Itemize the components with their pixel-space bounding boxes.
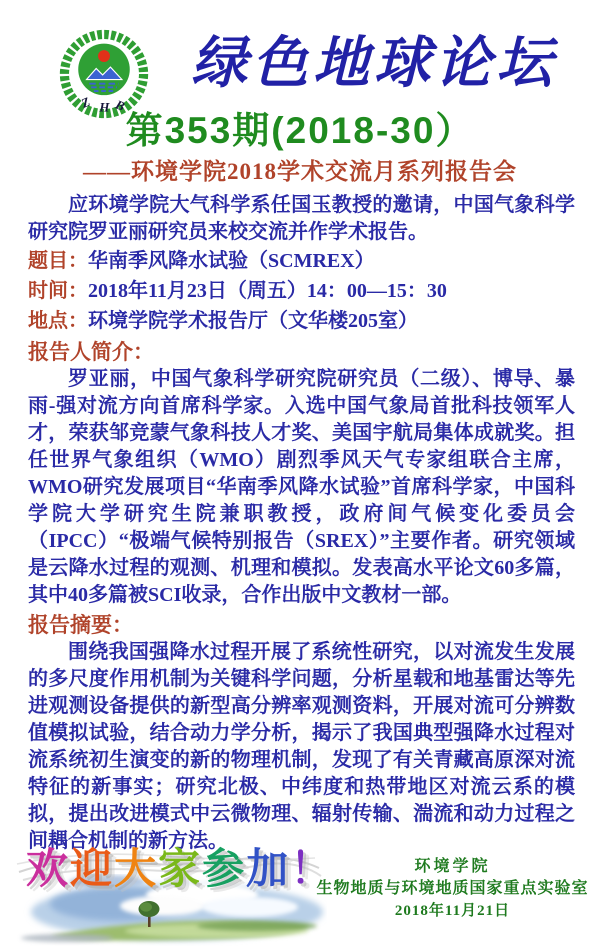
welcome-char: 参 <box>202 847 246 893</box>
abstract-heading: 报告摘要： <box>28 611 575 639</box>
gray-streak <box>21 934 113 942</box>
time-value: 2018年11月23日（周五）14：00—15：30 <box>88 280 447 302</box>
speaker-bio-paragraph: 罗亚丽，中国气象科学研究院研究员（二级）、博导、暴雨-强对流方向首席科学家。入选… <box>28 366 575 609</box>
intro-paragraph: 应环境学院大气科学系任国玉教授的邀请，中国气象科学研究院罗亚丽研究员来校交流并作… <box>28 192 575 246</box>
welcome-char: 家 <box>158 847 202 893</box>
lecture-poster: Z H B 绿色地球论坛 第353期(2018-30） ——环境学院2018学术… <box>0 0 600 950</box>
poster-title: 绿色地球论坛 <box>156 22 592 106</box>
organizer-block: 环境学院 生物地质与环境地质国家重点实验室 2018年11月21日 <box>315 856 590 922</box>
topic-label: 题目： <box>28 250 88 272</box>
welcome-char: 迎 <box>70 847 114 893</box>
location-label: 地点： <box>28 310 88 332</box>
welcome-char: 欢 <box>26 847 70 893</box>
series-subtitle: ——环境学院2018学术交流月系列报告会 <box>0 153 600 186</box>
sun-icon <box>98 50 110 62</box>
cloud <box>202 897 298 917</box>
time-label: 时间： <box>28 280 88 302</box>
welcome-char: 大 <box>114 847 158 893</box>
field-row-time: 时间：2018年11月23日（周五）14：00—15：30 <box>28 276 575 306</box>
poster-date: 2018年11月21日 <box>315 900 590 922</box>
poster-body: 应环境学院大气科学系任国玉教授的邀请，中国气象科学研究院罗亚丽研究员来校交流并作… <box>28 192 575 855</box>
welcome-banner: 欢迎大家参加！ <box>26 836 334 896</box>
topic-value: 华南季风降水试验（SCMREX） <box>88 250 375 272</box>
issue-number: 第353期(2018-30） <box>0 100 600 154</box>
organizer-lab: 生物地质与环境地质国家重点实验室 <box>315 878 590 900</box>
cloud <box>120 896 204 916</box>
field-row-location: 地点：环境学院学术报告厅（文华楼205室） <box>28 306 575 336</box>
speaker-bio-heading: 报告人简介： <box>28 338 575 366</box>
abstract-paragraph: 围绕我国强降水过程开展了系统性研究，以对流发生发展的多尺度作用机制为关键科学问题… <box>28 639 575 855</box>
far-hill <box>197 921 317 931</box>
welcome-char: 加 <box>246 847 290 893</box>
tree-crown-light <box>140 902 152 911</box>
organizer-school: 环境学院 <box>315 856 590 878</box>
location-value: 环境学院学术报告厅（文华楼205室） <box>88 310 418 332</box>
field-row-topic: 题目：华南季风降水试验（SCMREX） <box>28 246 575 276</box>
